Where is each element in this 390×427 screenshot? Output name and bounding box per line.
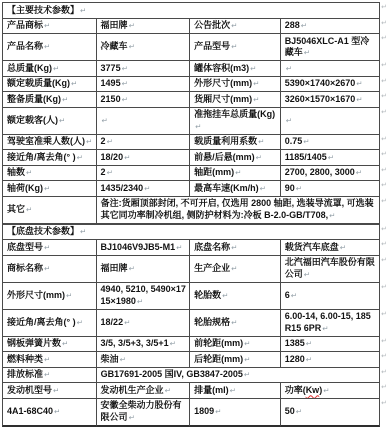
paragraph-mark-icon: ↵ xyxy=(244,370,250,379)
param-value-cell: 2150↵ xyxy=(96,91,190,107)
row-end-mark-icon: ↵ xyxy=(381,353,387,367)
param-value-cell: 发动机生产企业↵ xyxy=(96,382,190,398)
paragraph-mark-icon: ↵ xyxy=(304,48,310,57)
cell-text: 公告批次↵ xyxy=(194,20,237,32)
table-row: 额定载客(人)↵↵准拖挂车总质量(Kg)↵↵↵ xyxy=(2,107,387,134)
table-row: 钢板弹簧片数↵3/5, 3/5+3, 3/5+1↵前轮距(mm)↵1385↵↵ xyxy=(2,336,387,352)
param-label-cell: 额定载客(人)↵ xyxy=(2,107,96,134)
cell-text: 4A1-68C40↵ xyxy=(7,406,60,418)
param-label-cell: 产品名称↵ xyxy=(2,33,96,60)
row-end-mark-icon: ↵ xyxy=(381,257,387,282)
param-value-cell: 18/22↵ xyxy=(96,309,190,336)
spec-sheet: 【主要技术参数】↵↵产品商标↵福田牌↵公告批次↵288↵↵产品名称↵冷藏车↵产品… xyxy=(0,0,390,427)
cell-text: 底盘型号↵ xyxy=(7,242,50,254)
cell-text: 福田牌↵ xyxy=(101,263,135,275)
cell-text: 商标名称↵ xyxy=(7,263,50,275)
param-value-cell: 北汽福田汽车股份有限公司↵ xyxy=(280,255,380,282)
cell-text: 轮胎规格↵ xyxy=(194,317,237,329)
cell-text: 1385↵ xyxy=(285,338,312,350)
cell-text: 6.00-14, 6.00-15, 185R15 6PR↵ xyxy=(285,311,377,334)
paragraph-mark-icon: ↵ xyxy=(291,291,297,300)
cell-text: 1495↵ xyxy=(101,78,128,90)
paragraph-mark-icon: ↵ xyxy=(26,168,32,177)
paragraph-mark-icon: ↵ xyxy=(54,407,60,416)
paragraph-mark-icon: ↵ xyxy=(124,153,130,162)
param-value-cell: 福田牌↵ xyxy=(96,18,190,34)
cell-text: 接近角/离去角(° )↵ xyxy=(7,317,83,329)
param-label-cell: 其它↵ xyxy=(2,196,96,224)
param-value-cell: 载货汽车底盘↵ xyxy=(280,239,380,255)
cell-text: 1280↵ xyxy=(285,354,312,366)
cell-text: 产品名称↵ xyxy=(7,41,50,53)
cell-text: 排量(ml)↵ xyxy=(194,385,236,397)
param-value-cell: 3775↵ xyxy=(96,60,190,76)
cell-text: 3/5, 3/5+3, 3/5+1↵ xyxy=(101,338,176,350)
cell-text: 后轮距(mm)↵ xyxy=(194,354,250,366)
cell-text: 4940, 5210, 5490×1715×1980↵ xyxy=(101,284,188,307)
row-end-mark-icon: ↵ xyxy=(381,384,387,398)
param-label-cell: 产品型号↵ xyxy=(189,33,280,60)
param-value-cell: 288↵ xyxy=(280,18,380,34)
param-value-cell: 1280↵ xyxy=(280,351,380,367)
paragraph-mark-icon: ↵ xyxy=(286,116,292,125)
paragraph-mark-icon: ↵ xyxy=(129,264,135,273)
cell-text: 总质量(Kg)↵ xyxy=(7,63,59,75)
cell-text: 2700, 2800, 3000↵ xyxy=(285,167,362,179)
misspelled-word: Kw xyxy=(306,385,320,395)
cell-text: 【主要技术参数】↵ xyxy=(7,5,86,17)
cell-text: 安徽全柴动力股份有限公司↵ xyxy=(101,400,188,423)
param-label-cell: 驾驶室准乘人数(人)↵ xyxy=(2,134,96,150)
paragraph-mark-icon: ↵ xyxy=(258,137,264,146)
cell-text: 罐体容积(m3)↵ xyxy=(194,63,256,75)
cell-text: 2150↵ xyxy=(101,94,128,106)
cell-text: 产品型号↵ xyxy=(194,41,237,53)
paragraph-mark-icon: ↵ xyxy=(122,95,128,104)
cell-text: 18/20↵ xyxy=(101,152,131,164)
paragraph-mark-icon: ↵ xyxy=(329,211,335,220)
paragraph-mark-icon: ↵ xyxy=(80,227,86,236)
cell-text: 2↵ xyxy=(101,167,113,179)
cell-text: BJ1046V9JB5-M1↵ xyxy=(101,242,183,254)
cell-text: 北汽福田汽车股份有限公司↵ xyxy=(285,257,377,280)
cell-text: 整备质量(Kg)↵ xyxy=(7,94,68,106)
param-value-cell: 1185/1405↵ xyxy=(280,149,380,165)
param-label-cell: 排量(ml)↵ xyxy=(189,382,280,398)
table-row: 产品名称↵冷藏车↵产品型号↵BJ5046XLC-A1 型冷藏车↵↵ xyxy=(2,33,387,60)
param-label-cell: 货厢尺寸(mm)↵ xyxy=(189,91,280,107)
param-label-cell: 排放标准↵ xyxy=(2,367,96,383)
cell-text: 功率(Kw)↵ xyxy=(285,385,330,397)
param-value-cell: 柴油↵ xyxy=(96,351,190,367)
cell-text: 产品商标↵ xyxy=(7,20,50,32)
paragraph-mark-icon: ↵ xyxy=(44,184,50,193)
paragraph-mark-icon: ↵ xyxy=(231,243,237,252)
cell-text: 柴油↵ xyxy=(101,354,126,366)
param-label-cell: 公告批次↵ xyxy=(189,18,280,34)
chassis-params-table: 【底盘技术参数】↵↵底盘型号↵BJ1046V9JB5-M1↵底盘名称↵载货汽车底… xyxy=(2,224,387,427)
table-title: 【主要技术参数】↵ xyxy=(2,2,380,18)
paragraph-mark-icon: ↵ xyxy=(296,407,302,416)
cell-text: 5390×1740×2670↵ xyxy=(285,78,363,90)
table-row: 额定载质量(Kg)↵1495↵外形尺寸(mm)↵5390×1740×2670↵↵ xyxy=(2,76,387,92)
row-end-mark-icon: ↵ xyxy=(381,62,387,76)
param-label-cell: 底盘名称↵ xyxy=(189,239,280,255)
cell-text: 轴距(mm)↵ xyxy=(194,167,241,179)
param-value-cell: GB17691-2005 国IV, GB3847-2005↵ xyxy=(96,367,381,383)
paragraph-mark-icon: ↵ xyxy=(129,413,135,422)
row-end-mark-icon: ↵ xyxy=(381,226,387,240)
paragraph-mark-icon: ↵ xyxy=(59,116,65,125)
paragraph-mark-icon: ↵ xyxy=(176,243,182,252)
cell-text: 发动机生产企业↵ xyxy=(101,385,171,397)
cell-text: 1809↵ xyxy=(194,406,221,418)
cell-text: 2↵ xyxy=(101,136,113,148)
paragraph-mark-icon: ↵ xyxy=(231,264,237,273)
paragraph-mark-icon: ↵ xyxy=(244,355,250,364)
param-value-cell: 功率(Kw)↵ xyxy=(280,382,380,398)
paragraph-mark-icon: ↵ xyxy=(120,355,126,364)
table-title: 【底盘技术参数】↵ xyxy=(2,224,380,240)
paragraph-mark-icon: ↵ xyxy=(301,21,307,30)
row-end-mark-icon: ↵ xyxy=(381,20,387,34)
paragraph-mark-icon: ↵ xyxy=(235,168,241,177)
param-label-cell: 接近角/离去角(° )↵ xyxy=(2,149,96,165)
paragraph-mark-icon: ↵ xyxy=(303,137,309,146)
param-value-cell: 3/5, 3/5+3, 3/5+1↵ xyxy=(96,336,190,352)
paragraph-mark-icon: ↵ xyxy=(328,153,334,162)
paragraph-mark-icon: ↵ xyxy=(107,168,113,177)
cell-text: 288↵ xyxy=(285,20,307,32)
param-label-cell: 轮胎数↵ xyxy=(189,282,280,309)
paragraph-mark-icon: ↵ xyxy=(102,116,108,125)
paragraph-mark-icon: ↵ xyxy=(44,355,50,364)
paragraph-mark-icon: ↵ xyxy=(322,324,328,333)
param-label-cell: 外形尺寸(mm)↵ xyxy=(2,282,96,309)
paragraph-mark-icon: ↵ xyxy=(86,137,92,146)
paragraph-mark-icon: ↵ xyxy=(356,168,362,177)
row-end-mark-icon: ↵ xyxy=(381,167,387,181)
cell-text: 1435/2340↵ xyxy=(101,183,151,195)
table-row: 排放标准↵GB17691-2005 国IV, GB3847-2005↵↵ xyxy=(2,367,387,383)
paragraph-mark-icon: ↵ xyxy=(356,95,362,104)
paragraph-mark-icon: ↵ xyxy=(195,122,201,131)
cell-text: 燃料种类↵ xyxy=(7,354,50,366)
paragraph-mark-icon: ↵ xyxy=(306,355,312,364)
param-label-cell: 轴荷(Kg)↵ xyxy=(2,180,96,196)
cell-text: 接近角/离去角(° )↵ xyxy=(7,152,83,164)
param-value-cell: ↵ xyxy=(280,60,380,76)
param-label-cell: 产品商标↵ xyxy=(2,18,96,34)
table-row: 驾驶室准乘人数(人)↵2↵载质量利用系数↵0.75↵↵ xyxy=(2,134,387,150)
param-label-cell: 外形尺寸(mm)↵ xyxy=(189,76,280,92)
param-label-cell: 准拖挂车总质量(Kg)↵ xyxy=(189,107,280,134)
table-row: 产品商标↵福田牌↵公告批次↵288↵↵ xyxy=(2,18,387,34)
param-label-cell: 4A1-68C40↵ xyxy=(2,398,96,427)
row-end-mark-icon: ↵ xyxy=(381,400,387,427)
param-label-cell: 最高车速(Km/h)↵ xyxy=(189,180,280,196)
cell-text: 额定载质量(Kg)↵ xyxy=(7,78,77,90)
param-value-cell: BJ5046XLC-A1 型冷藏车↵ xyxy=(280,33,380,60)
cell-text: 其它↵ xyxy=(7,204,32,216)
paragraph-mark-icon: ↵ xyxy=(122,64,128,73)
param-value-cell: 5390×1740×2670↵ xyxy=(280,76,380,92)
cell-text: 18/22↵ xyxy=(101,317,131,329)
row-end-mark-icon: ↵ xyxy=(381,182,387,196)
param-label-cell: 轴数↵ xyxy=(2,165,96,181)
cell-text: 排放标准↵ xyxy=(7,369,50,381)
param-value-cell: 福田牌↵ xyxy=(96,255,190,282)
param-label-cell: 发动机型号↵ xyxy=(2,382,96,398)
paragraph-mark-icon: ↵ xyxy=(356,79,362,88)
cell-text: 载质量利用系数↵ xyxy=(194,136,264,148)
param-value-cell: 90↵ xyxy=(280,180,380,196)
param-value-cell: ↵ xyxy=(96,107,190,134)
paragraph-mark-icon: ↵ xyxy=(77,318,83,327)
paragraph-mark-icon: ↵ xyxy=(44,42,50,51)
cell-text: 驾驶室准乘人数(人)↵ xyxy=(7,136,92,148)
param-value-cell: ↵ xyxy=(280,107,380,134)
row-end-mark-icon: ↵ xyxy=(381,151,387,165)
paragraph-mark-icon: ↵ xyxy=(230,386,236,395)
paragraph-mark-icon: ↵ xyxy=(340,243,346,252)
param-label-cell: 1809↵ xyxy=(189,398,280,427)
table-row: 外形尺寸(mm)↵4940, 5210, 5490×1715×1980↵轮胎数↵… xyxy=(2,282,387,309)
paragraph-mark-icon: ↵ xyxy=(80,6,86,15)
param-value-cell: 备注:货厢顶部封闭, 不可开启, 仅选用 2800 轴距, 选装导流罩, 可选装… xyxy=(96,196,381,224)
table-title-row: 【底盘技术参数】↵↵ xyxy=(2,224,387,240)
paragraph-mark-icon: ↵ xyxy=(231,42,237,51)
table-row: 发动机型号↵发动机生产企业↵排量(ml)↵功率(Kw)↵↵ xyxy=(2,382,387,398)
paragraph-mark-icon: ↵ xyxy=(129,42,135,51)
paragraph-mark-icon: ↵ xyxy=(44,264,50,273)
cell-text: 钢板弹簧片数↵ xyxy=(7,338,68,350)
cell-text: 载货汽车底盘↵ xyxy=(285,242,346,254)
table-row: 商标名称↵福田牌↵生产企业↵北汽福田汽车股份有限公司↵↵ xyxy=(2,255,387,282)
cell-text: 最高车速(Km/h)↵ xyxy=(194,183,266,195)
table-row: 总质量(Kg)↵3775↵罐体容积(m3)↵↵↵ xyxy=(2,60,387,76)
cell-text: 1185/1405↵ xyxy=(285,152,334,164)
paragraph-mark-icon: ↵ xyxy=(306,339,312,348)
row-end-mark-icon: ↵ xyxy=(381,136,387,150)
paragraph-mark-icon: ↵ xyxy=(286,64,292,73)
paragraph-mark-icon: ↵ xyxy=(124,318,130,327)
param-value-cell: 1435/2340↵ xyxy=(96,180,190,196)
param-label-cell: 接近角/离去角(° )↵ xyxy=(2,309,96,336)
table-row: 4A1-68C40↵安徽全柴动力股份有限公司↵1809↵50↵↵ xyxy=(2,398,387,427)
param-value-cell: 6↵ xyxy=(280,282,380,309)
table-title-row: 【主要技术参数】↵↵ xyxy=(2,2,387,18)
param-label-cell: 总质量(Kg)↵ xyxy=(2,60,96,76)
row-end-mark-icon: ↵ xyxy=(381,284,387,309)
param-value-cell: 0.75↵ xyxy=(280,134,380,150)
cell-text: 货厢尺寸(mm)↵ xyxy=(194,94,259,106)
paragraph-mark-icon: ↵ xyxy=(66,291,72,300)
cell-text: 50↵ xyxy=(285,406,302,418)
paragraph-mark-icon: ↵ xyxy=(107,137,113,146)
table-row: 接近角/离去角(° )↵18/20↵前悬/后悬(mm)↵1185/1405↵↵ xyxy=(2,149,387,165)
cell-text: 轴数↵ xyxy=(7,167,32,179)
param-value-cell: 3260×1570×1670↵ xyxy=(280,91,380,107)
cell-text: 底盘名称↵ xyxy=(194,242,237,254)
table-row: 轴荷(Kg)↵1435/2340↵最高车速(Km/h)↵90↵↵ xyxy=(2,180,387,196)
paragraph-mark-icon: ↵ xyxy=(165,386,171,395)
param-value-cell: BJ1046V9JB5-M1↵ xyxy=(96,239,190,255)
param-value-cell: 1495↵ xyxy=(96,76,190,92)
param-value-cell: 4940, 5210, 5490×1715×1980↵ xyxy=(96,282,190,309)
param-label-cell: 后轮距(mm)↵ xyxy=(189,351,280,367)
paragraph-mark-icon: ↵ xyxy=(244,339,250,348)
cell-text: 轴荷(Kg)↵ xyxy=(7,183,50,195)
paragraph-mark-icon: ↵ xyxy=(253,95,259,104)
paragraph-mark-icon: ↵ xyxy=(144,184,150,193)
param-label-cell: 底盘型号↵ xyxy=(2,239,96,255)
paragraph-mark-icon: ↵ xyxy=(215,407,221,416)
row-end-mark-icon: ↵ xyxy=(381,93,387,107)
paragraph-mark-icon: ↵ xyxy=(122,79,128,88)
cell-text: ↵ xyxy=(285,115,292,127)
paragraph-mark-icon: ↵ xyxy=(137,297,143,306)
table-row: 燃料种类↵柴油↵后轮距(mm)↵1280↵↵ xyxy=(2,351,387,367)
paragraph-mark-icon: ↵ xyxy=(26,205,32,214)
row-end-mark-icon: ↵ xyxy=(381,35,387,60)
param-value-cell: 50↵ xyxy=(280,398,380,427)
paragraph-mark-icon: ↵ xyxy=(170,339,176,348)
cell-text: ↵ xyxy=(101,115,108,127)
param-label-cell: 整备质量(Kg)↵ xyxy=(2,91,96,107)
param-label-cell: 燃料种类↵ xyxy=(2,351,96,367)
row-end-mark-icon: ↵ xyxy=(381,198,387,224)
table-row: 接近角/离去角(° )↵18/22↵轮胎规格↵6.00-14, 6.00-15,… xyxy=(2,309,387,336)
paragraph-mark-icon: ↵ xyxy=(231,318,237,327)
param-value-cell: 1385↵ xyxy=(280,336,380,352)
paragraph-mark-icon: ↵ xyxy=(44,370,50,379)
table-row: 整备质量(Kg)↵2150↵货厢尺寸(mm)↵3260×1570×1670↵↵ xyxy=(2,91,387,107)
cell-text: 轮胎数↵ xyxy=(194,290,228,302)
cell-text: 3775↵ xyxy=(101,63,128,75)
row-end-mark-icon: ↵ xyxy=(381,4,387,18)
cell-text: 备注:货厢顶部封闭, 不可开启, 仅选用 2800 轴距, 选装导流罩, 可选装… xyxy=(101,198,378,221)
paragraph-mark-icon: ↵ xyxy=(129,21,135,30)
cell-text: 3260×1570×1670↵ xyxy=(285,94,363,106)
row-end-mark-icon: ↵ xyxy=(381,241,387,255)
paragraph-mark-icon: ↵ xyxy=(77,153,83,162)
param-label-cell: 生产企业↵ xyxy=(189,255,280,282)
param-label-cell: 罐体容积(m3)↵ xyxy=(189,60,280,76)
param-value-cell: 2700, 2800, 3000↵ xyxy=(280,165,380,181)
table-row: 其它↵备注:货厢顶部封闭, 不可开启, 仅选用 2800 轴距, 选装导流罩, … xyxy=(2,196,387,224)
row-end-mark-icon: ↵ xyxy=(381,338,387,352)
paragraph-mark-icon: ↵ xyxy=(44,21,50,30)
paragraph-mark-icon: ↵ xyxy=(53,386,59,395)
param-label-cell: 前悬/后悬(mm)↵ xyxy=(189,149,280,165)
row-end-mark-icon: ↵ xyxy=(381,311,387,336)
paragraph-mark-icon: ↵ xyxy=(44,243,50,252)
param-value-cell: 2↵ xyxy=(96,165,190,181)
cell-text: 额定载客(人)↵ xyxy=(7,115,65,127)
cell-text: 准拖挂车总质量(Kg)↵ xyxy=(194,109,278,132)
main-params-table: 【主要技术参数】↵↵产品商标↵福田牌↵公告批次↵288↵↵产品名称↵冷藏车↵产品… xyxy=(2,2,387,224)
cell-text: 外形尺寸(mm)↵ xyxy=(7,290,72,302)
cell-text: 90↵ xyxy=(285,183,302,195)
cell-text: 前轮距(mm)↵ xyxy=(194,338,250,350)
paragraph-mark-icon: ↵ xyxy=(222,291,228,300)
cell-text: GB17691-2005 国IV, GB3847-2005↵ xyxy=(101,369,251,381)
paragraph-mark-icon: ↵ xyxy=(256,153,262,162)
paragraph-mark-icon: ↵ xyxy=(53,64,59,73)
cell-text: BJ5046XLC-A1 型冷藏车↵ xyxy=(285,36,377,59)
param-label-cell: 载质量利用系数↵ xyxy=(189,134,280,150)
cell-text: 【底盘技术参数】↵ xyxy=(7,226,86,238)
param-value-cell: 冷藏车↵ xyxy=(96,33,190,60)
cell-text: 外形尺寸(mm)↵ xyxy=(194,78,259,90)
cell-text: 6↵ xyxy=(285,290,297,302)
cell-text: 冷藏车↵ xyxy=(101,41,135,53)
paragraph-mark-icon: ↵ xyxy=(304,270,310,279)
param-label-cell: 钢板弹簧片数↵ xyxy=(2,336,96,352)
paragraph-mark-icon: ↵ xyxy=(71,79,77,88)
table-row: 底盘型号↵BJ1046V9JB5-M1↵底盘名称↵载货汽车底盘↵↵ xyxy=(2,239,387,255)
param-value-cell: 6.00-14, 6.00-15, 185R15 6PR↵ xyxy=(280,309,380,336)
table-row: 轴数↵2↵轴距(mm)↵2700, 2800, 3000↵↵ xyxy=(2,165,387,181)
row-end-mark-icon: ↵ xyxy=(381,109,387,134)
paragraph-mark-icon: ↵ xyxy=(253,79,259,88)
cell-text: 福田牌↵ xyxy=(101,20,135,32)
cell-text: 发动机型号↵ xyxy=(7,385,59,397)
paragraph-mark-icon: ↵ xyxy=(62,95,68,104)
row-end-mark-icon: ↵ xyxy=(381,369,387,383)
paragraph-mark-icon: ↵ xyxy=(260,184,266,193)
paragraph-mark-icon: ↵ xyxy=(296,184,302,193)
paragraph-mark-icon: ↵ xyxy=(323,386,329,395)
row-end-mark-icon: ↵ xyxy=(381,78,387,92)
param-label-cell: 额定载质量(Kg)↵ xyxy=(2,76,96,92)
cell-text: ↵ xyxy=(285,63,292,75)
param-label-cell: 轴距(mm)↵ xyxy=(189,165,280,181)
param-label-cell: 前轮距(mm)↵ xyxy=(189,336,280,352)
cell-text: 0.75↵ xyxy=(285,136,310,148)
paragraph-mark-icon: ↵ xyxy=(62,339,68,348)
paragraph-mark-icon: ↵ xyxy=(250,64,256,73)
param-label-cell: 轮胎规格↵ xyxy=(189,309,280,336)
paragraph-mark-icon: ↵ xyxy=(231,21,237,30)
cell-text: 生产企业↵ xyxy=(194,263,237,275)
param-value-cell: 安徽全柴动力股份有限公司↵ xyxy=(96,398,190,427)
param-value-cell: 2↵ xyxy=(96,134,190,150)
param-value-cell: 18/20↵ xyxy=(96,149,190,165)
param-label-cell: 商标名称↵ xyxy=(2,255,96,282)
cell-text: 前悬/后悬(mm)↵ xyxy=(194,152,262,164)
